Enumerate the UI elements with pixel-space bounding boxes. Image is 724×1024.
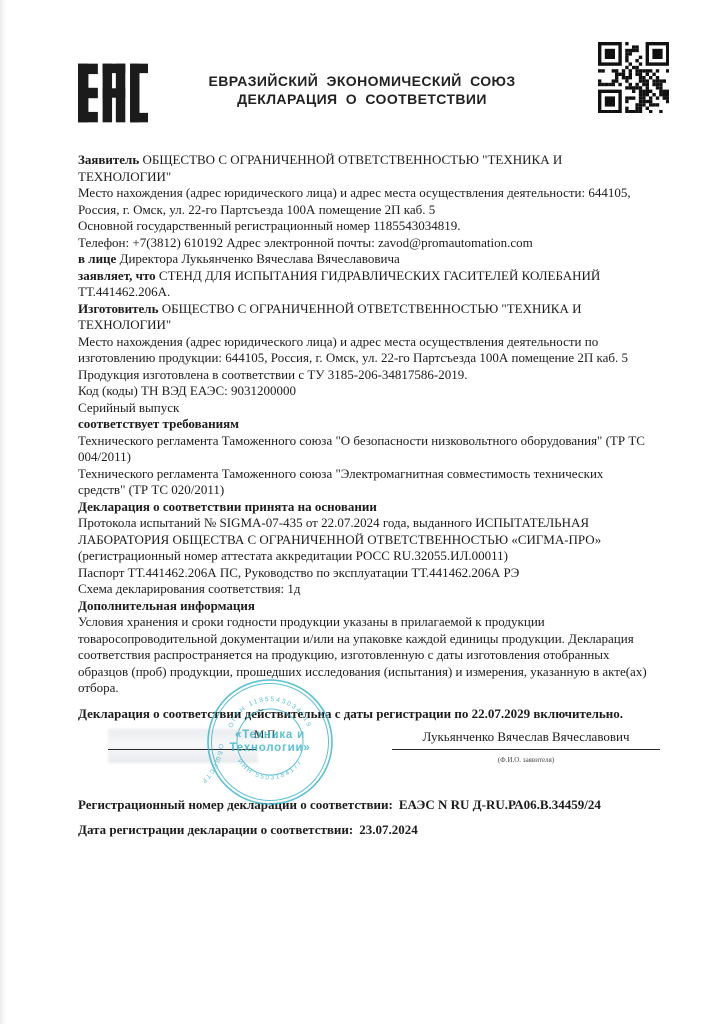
title-declaration: ДЕКЛАРАЦИЯ О СООТВЕТСТВИИ <box>130 90 594 108</box>
registration-number-label: Регистрационный номер декларации о соотв… <box>78 797 393 812</box>
document-body: Заявитель ОБЩЕСТВО С ОГРАНИЧЕННОЙ ОТВЕТС… <box>78 152 654 838</box>
registration-number-value: ЕАЭС N RU Д-RU.РА06.В.34459/24 <box>399 797 601 812</box>
signer-caption: (Ф.И.О. заявителя) <box>392 752 660 769</box>
registration-date-label: Дата регистрации декларации о соответств… <box>78 822 353 837</box>
document-paragraph: Протокола испытаний № SIGMA-07-435 от 22… <box>78 515 654 565</box>
registration-number-line: Регистрационный номер декларации о соотв… <box>78 797 654 814</box>
document-paragraph: Место нахождения (адрес юридического лиц… <box>78 334 654 367</box>
document-paragraph: Основной государственный регистрационный… <box>78 218 654 235</box>
document-title: ЕВРАЗИЙСКИЙ ЭКОНОМИЧЕСКИЙ СОЮЗ ДЕКЛАРАЦИ… <box>130 72 594 108</box>
signature-redaction <box>108 729 258 763</box>
mp-seal-label: М.П. <box>254 727 278 744</box>
document-paragraph: Заявитель ОБЩЕСТВО С ОГРАНИЧЕННОЙ ОТВЕТС… <box>78 152 654 185</box>
declaration-document: ЕВРАЗИЙСКИЙ ЭКОНОМИЧЕСКИЙ СОЮЗ ДЕКЛАРАЦИ… <box>0 0 724 1024</box>
document-paragraph: Схема декларирования соответствия: 1д <box>78 581 654 598</box>
paragraphs: Заявитель ОБЩЕСТВО С ОГРАНИЧЕННОЙ ОТВЕТС… <box>78 152 654 722</box>
document-paragraph: Условия хранения и сроки годности продук… <box>78 614 654 697</box>
qr-code <box>598 42 670 114</box>
document-paragraph: Декларация о соответствии действительна … <box>78 706 654 723</box>
document-paragraph: соответствует требованиям <box>78 416 654 433</box>
document-paragraph: Дополнительная информация <box>78 598 654 615</box>
title-union: ЕВРАЗИЙСКИЙ ЭКОНОМИЧЕСКИЙ СОЮЗ <box>130 72 594 90</box>
signature-block: М.П. Лукьянченко Вячеслав Вячеславович (… <box>78 726 654 786</box>
registration-date-value: 23.07.2024 <box>359 822 418 837</box>
document-paragraph: заявляет, что СТЕНД ДЛЯ ИСПЫТАНИЯ ГИДРАВ… <box>78 268 654 301</box>
document-paragraph: Технического регламента Таможенного союз… <box>78 466 654 499</box>
registration-date-line: Дата регистрации декларации о соответств… <box>78 822 654 839</box>
document-paragraph: Технического регламента Таможенного союз… <box>78 433 654 466</box>
document-paragraph: Код (коды) ТН ВЭД ЕАЭС: 9031200000 <box>78 383 654 400</box>
document-paragraph: Изготовитель ОБЩЕСТВО С ОГРАНИЧЕННОЙ ОТВ… <box>78 301 654 334</box>
document-paragraph: Телефон: +7(3812) 610192 Адрес электронн… <box>78 235 654 252</box>
document-paragraph: Паспорт ТТ.441462.206А ПС, Руководство п… <box>78 565 654 582</box>
signature-line <box>108 749 256 750</box>
document-paragraph: в лице Директора Лукьянченко Вячеслава В… <box>78 251 654 268</box>
document-paragraph: Серийный выпуск <box>78 400 654 417</box>
document-paragraph: Продукция изготовлена в соответствии с Т… <box>78 367 654 384</box>
document-paragraph: Место нахождения (адрес юридического лиц… <box>78 185 654 218</box>
signer-name: Лукьянченко Вячеслав Вячеславович <box>392 729 660 746</box>
signer-name-line <box>392 749 660 750</box>
document-paragraph: Декларация о соответствии принята на осн… <box>78 499 654 516</box>
